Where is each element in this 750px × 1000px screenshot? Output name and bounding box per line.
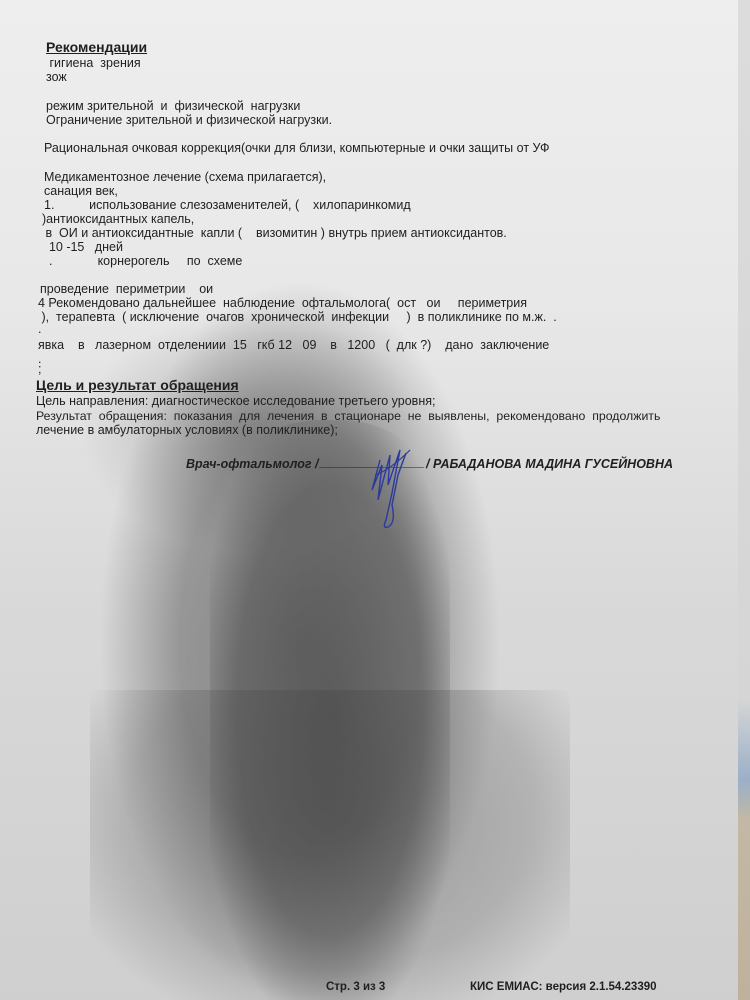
rec-line: Ограничение зрительной и физической нагр…: [46, 113, 332, 127]
document-page: Рекомендации гигиена зрения зож режим зр…: [0, 0, 738, 1000]
background-surface: [736, 0, 750, 1000]
rec-line: .: [38, 322, 41, 336]
rec-line: явка в лазерном отделениии 15 гкб 12 09 …: [38, 338, 549, 352]
signature-role: Врач-офтальмолог /: [186, 457, 318, 471]
goal-line: лечение в амбулаторных условиях (в полик…: [36, 423, 338, 437]
rec-line: гигиена зрения: [46, 56, 141, 70]
rec-line: ), терапевта ( исключение очагов хрониче…: [38, 310, 557, 324]
rec-line: в ОИ и антиоксидантные капли ( визомитин…: [42, 226, 507, 240]
rec-line: . корнерогель по схеме: [42, 254, 242, 268]
rec-line: Медикаментозное лечение (схема прилагает…: [44, 170, 326, 184]
rec-line: 1. использование слезозаменителей, ( хил…: [44, 198, 411, 212]
rec-line: режим зрительной и физической нагрузки: [46, 99, 300, 113]
rec-line: Рациональная очковая коррекция(очки для …: [44, 141, 550, 155]
goal-line: Цель направления: диагностическое исслед…: [36, 394, 435, 408]
system-version: КИС ЕМИАС: версия 2.1.54.23390: [470, 980, 657, 994]
rec-line: проведение периметрии ои: [40, 282, 213, 296]
page-number: Стр. 3 из 3: [326, 980, 385, 994]
signature-name: / РАБАДАНОВА МАДИНА ГУСЕЙНОВНА: [426, 457, 673, 471]
goal-line: Результат обращения: показания для лечен…: [36, 409, 660, 423]
goal-result-heading: Цель и результат обращения: [36, 378, 239, 392]
rec-line: 10 -15 дней: [42, 240, 123, 254]
rec-line: санация век,: [44, 184, 118, 198]
recommendations-heading: Рекомендации: [46, 40, 147, 54]
rec-line: ;: [38, 362, 41, 376]
rec-line: зож: [46, 70, 67, 84]
rec-line: )антиоксидантных капель,: [42, 212, 194, 226]
rec-line: 4 Рекомендовано дальнейшее наблюдение оф…: [38, 296, 527, 310]
handwritten-signature: [360, 445, 430, 530]
